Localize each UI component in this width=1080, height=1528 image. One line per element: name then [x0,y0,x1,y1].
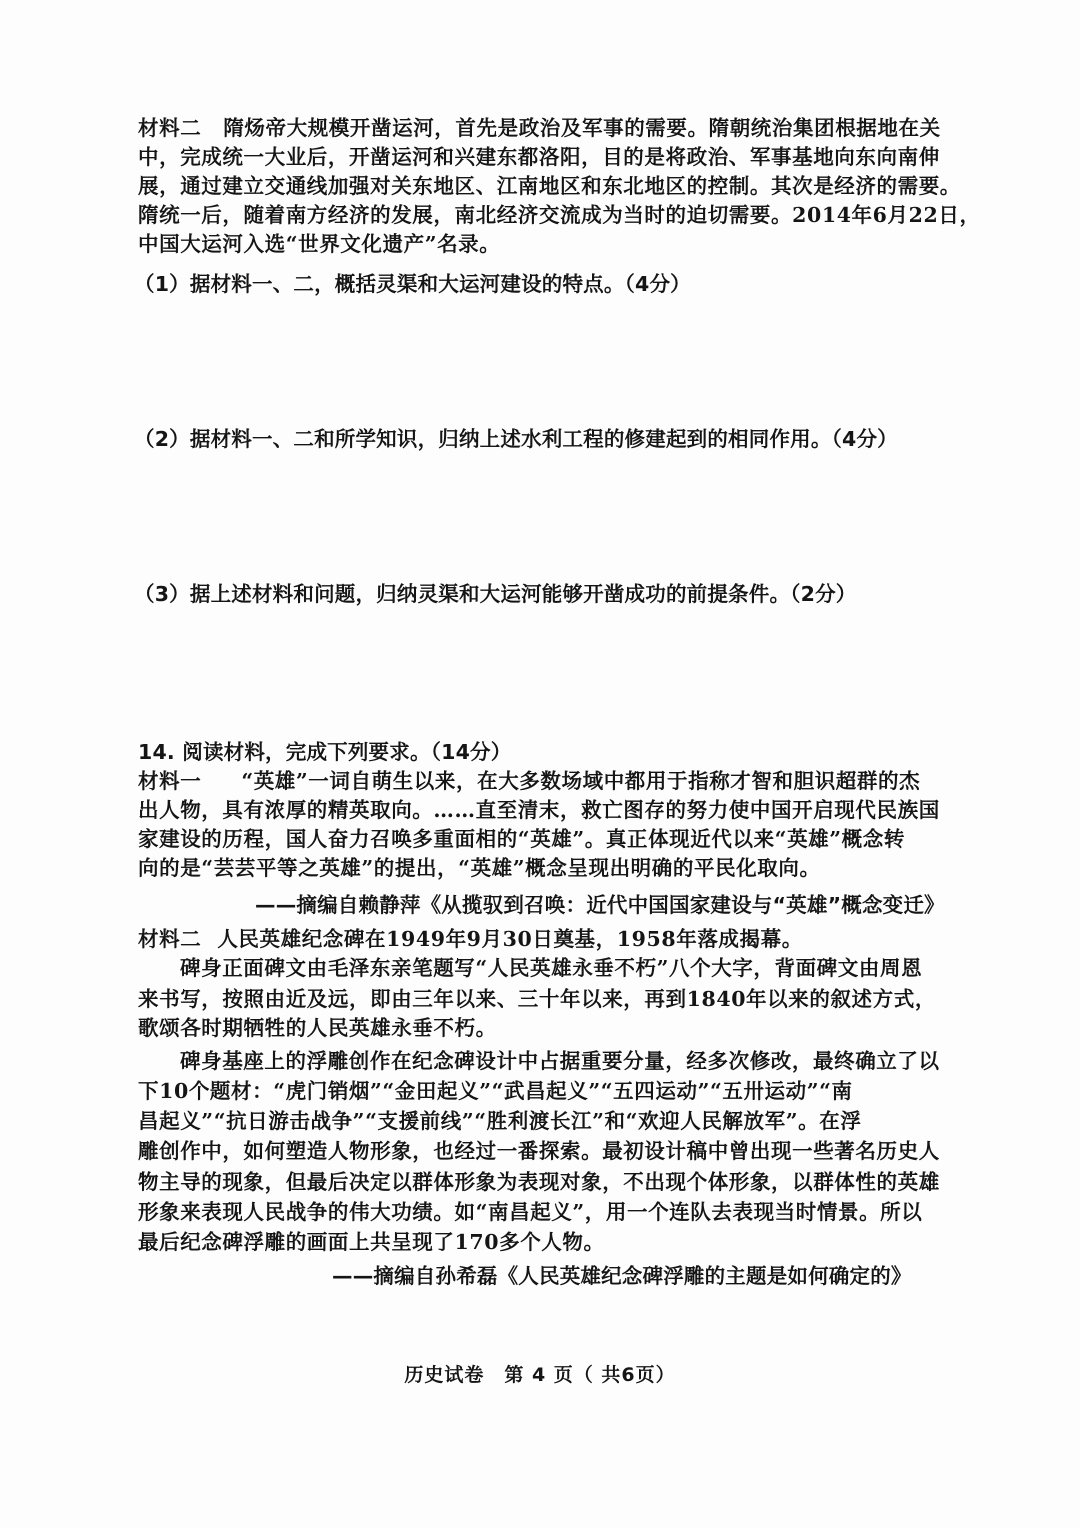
s14-material2-p2-line-4: 雕创作中，如何塑造人物形象，也经过一番探索。最初设计稿中曾出现一些著名历史人 [138,1137,988,1166]
s14-material2-p1-line-2: 来书写，按照由近及远，即由三年以来、三十年以来，再到1840年以来的叙述方式， [138,985,988,1014]
s14-material2-line-1: 材料二人民英雄纪念碑在1949年9月30日奠基，1958年落成揭幕。 [138,925,988,954]
question-14-heading: 14. 阅读材料，完成下列要求。（14分） [138,738,988,767]
s14-material2-p2-line-7: 最后纪念碑浮雕的画面上共呈现了170多个人物。 [138,1228,988,1257]
s14-material1-line-1: 材料一“英雄”一词自萌生以来，在大多数场域中都用于指称才智和胆识超群的杰 [138,767,988,796]
material2-line-5: 中国大运河入选“世界文化遗产”名录。 [138,230,988,259]
exam-page: 材料二隋炀帝大规模开凿运河，首先是政治及军事的需要。隋朝统治集团根据地在关 中，… [0,0,1080,1528]
s14-material2-p2-line-2: 下10个题材：“虎门销烟”“金田起义”“武昌起义”“五四运动”“五卅运动”“南 [138,1077,988,1106]
s14-material2-p2-line-6: 形象来表现人民战争的伟大功绩。如“南昌起义”，用一个连队去表现当时情景。所以 [138,1198,988,1227]
s14-material2-p2-line-5: 物主导的现象，但最后决定以群体形象为表现对象，不出现个体形象，以群体性的英雄 [138,1168,988,1197]
s14-material2-source: ——摘编自孙希磊《人民英雄纪念碑浮雕的主题是如何确定的》 [332,1262,1080,1291]
s14-material1-line-4: 向的是“芸芸平等之英雄”的提出，“英雄”概念呈现出明确的平民化取向。 [138,854,988,883]
material2-line-2: 中，完成统一大业后，开凿运河和兴建东都洛阳，目的是将政治、军事基地向东向南伸 [138,143,988,172]
s14-material2-p2-line-3: 昌起义”“抗日游击战争”“支援前线”“胜利渡长江”和“欢迎人民解放军”。在浮 [138,1107,988,1136]
question-1: （1）据材料一、二，概括灵渠和大运河建设的特点。（4分） [134,270,984,299]
material-label: 材料二 [138,927,201,951]
material2-line-3: 展，通过建立交通线加强对关东地区、江南地区和东北地区的控制。其次是经济的需要。 [138,172,988,201]
material-label: 材料一 [138,769,201,793]
material2-line-1: 材料二隋炀帝大规模开凿运河，首先是政治及军事的需要。隋朝统治集团根据地在关 [138,114,988,143]
s14-material2-p1-line-3: 歌颂各时期牺牲的人民英雄永垂不朽。 [138,1014,988,1043]
s14-material2-p2-line-1: 碑身基座上的浮雕创作在纪念碑设计中占据重要分量，经多次修改，最终确立了以 [138,1047,1030,1076]
s14-material1-line-2: 出人物，具有浓厚的精英取向。……直至清末，救亡图存的努力使中国开启现代民族国 [138,796,988,825]
page-footer: 历史试卷 第 4 页（ 共6页） [0,1360,1080,1387]
material2-line-4: 隋统一后，随着南方经济的发展，南北经济交流成为当时的迫切需要。2014年6月22… [138,201,988,230]
s14-material1-line-3: 家建设的历程，国人奋力召唤多重面相的“英雄”。真正体现近代以来“英雄”概念转 [138,825,988,854]
s14-material2-p1-line-1: 碑身正面碑文由毛泽东亲笔题写“人民英雄永垂不朽”八个大字，背面碑文由周恩 [138,954,1030,983]
s14-material1-source: ——摘编自赖静萍《从揽驭到召唤：近代中国国家建设与“英雄”概念变迁》 [255,891,1080,920]
question-2: （2）据材料一、二和所学知识，归纳上述水利工程的修建起到的相同作用。（4分） [134,425,984,454]
material-label: 材料二 [138,116,201,140]
question-3: （3）据上述材料和问题，归纳灵渠和大运河能够开凿成功的前提条件。（2分） [134,580,984,609]
